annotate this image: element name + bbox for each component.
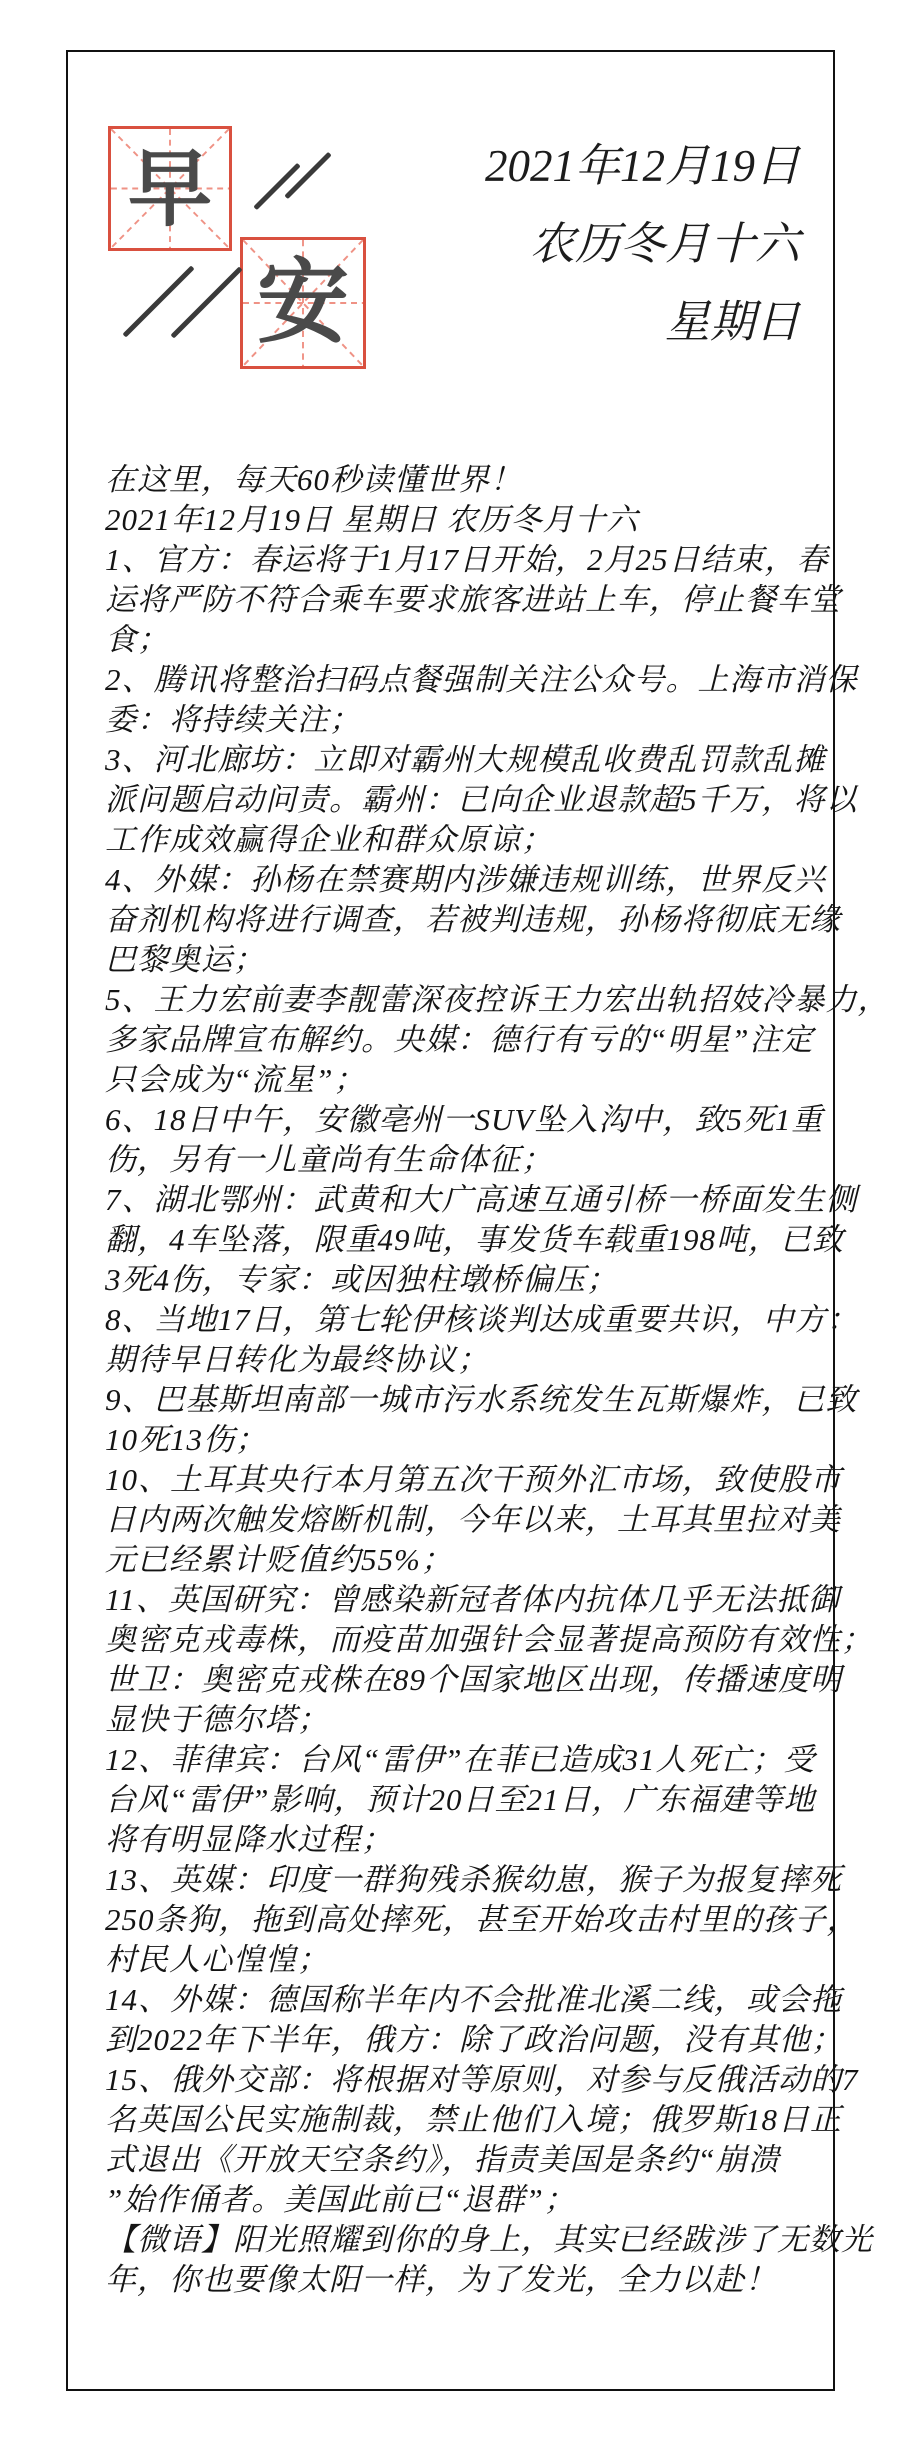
date-lunar: 农历冬月十六 <box>360 205 800 283</box>
news-line: 日内两次触发熔断机制，今年以来，土耳其里拉对美 <box>105 1500 815 1540</box>
news-line: 10死13伤； <box>105 1420 815 1460</box>
news-line: 伤，另有一儿童尚有生命体征； <box>105 1140 815 1180</box>
news-line: 年，你也要像太阳一样，为了发光，全力以赴！ <box>105 2260 815 2300</box>
news-line: 到2022年下半年，俄方：除了政治问题，没有其他； <box>105 2020 815 2060</box>
news-line: 委：将持续关注； <box>105 700 815 740</box>
news-line: 元已经累计贬值约55%； <box>105 1540 815 1580</box>
news-line: 奥密克戎毒株，而疫苗加强针会显著提高预防有效性； <box>105 1620 815 1660</box>
news-line: 在这里，每天60秒读懂世界！ <box>105 460 815 500</box>
news-line: 将有明显降水过程； <box>105 1820 815 1860</box>
news-line: 派问题启动问责。霸州：已向企业退款超5千万，将以 <box>105 780 815 820</box>
news-line: 10、土耳其央行本月第五次干预外汇市场，致使股市 <box>105 1460 815 1500</box>
news-line: 食； <box>105 620 815 660</box>
news-line: 多家品牌宣布解约。央媒：德行有亏的“明星”注定 <box>105 1020 815 1060</box>
news-line: 3死4伤，专家：或因独柱墩桥偏压； <box>105 1260 815 1300</box>
news-line: 8、当地17日，第七轮伊核谈判达成重要共识，中方： <box>105 1300 815 1340</box>
news-line: ”始作俑者。美国此前已“退群”； <box>105 2180 815 2220</box>
news-line: 运将严防不符合乘车要求旅客进站上车，停止餐车堂 <box>105 580 815 620</box>
news-line: 14、外媒：德国称半年内不会批准北溪二线，或会拖 <box>105 1980 815 2020</box>
morning-news-card: { "page": { "background": "#ffffff", "fr… <box>0 0 900 2440</box>
news-line: 12、菲律宾：台风“雷伊”在菲已造成31人死亡；受 <box>105 1740 815 1780</box>
news-line: 巴黎奥运； <box>105 940 815 980</box>
news-line: 式退出《开放天空条约》，指责美国是条约“崩溃 <box>105 2140 815 2180</box>
news-line: 期待早日转化为最终协议； <box>105 1340 815 1380</box>
news-line: 4、外媒：孙杨在禁赛期内涉嫌违规训练，世界反兴 <box>105 860 815 900</box>
news-line: 工作成效赢得企业和群众原谅； <box>105 820 815 860</box>
news-line: 3、河北廊坊：立即对霸州大规模乱收费乱罚款乱摊 <box>105 740 815 780</box>
logo-char-an: 安 <box>257 257 349 349</box>
news-line: 村民人心惶惶； <box>105 1940 815 1980</box>
news-line: 6、18日中午，安徽亳州一SUV坠入沟中，致5死1重 <box>105 1100 815 1140</box>
news-line: 9、巴基斯坦南部一城市污水系统发生瓦斯爆炸，已致 <box>105 1380 815 1420</box>
news-line: 世卫：奥密克戎株在89个国家地区出现，传播速度明 <box>105 1660 815 1700</box>
news-line: 【微语】阳光照耀到你的身上，其实已经跋涉了无数光 <box>105 2220 815 2260</box>
news-line: 2021年12月19日 星期日 农历冬月十六 <box>105 500 815 540</box>
news-line: 奋剂机构将进行调查，若被判违规，孙杨将彻底无缘 <box>105 900 815 940</box>
news-line: 台风“雷伊”影响，预计20日至21日，广东福建等地 <box>105 1780 815 1820</box>
an-character-box: 安 <box>240 237 366 369</box>
news-line: 只会成为“流星”； <box>105 1060 815 1100</box>
news-line: 15、俄外交部：将根据对等原则，对参与反俄活动的7 <box>105 2060 815 2100</box>
logo-char-zao: 早 <box>128 147 212 231</box>
news-line: 250条狗，拖到高处摔死，甚至开始攻击村里的孩子， <box>105 1900 815 1940</box>
news-line: 翻，4车坠落，限重49吨，事发货车载重198吨，已致 <box>105 1220 815 1260</box>
news-line: 11、英国研究：曾感染新冠者体内抗体几乎无法抵御 <box>105 1580 815 1620</box>
date-gregorian: 2021年12月19日 <box>360 127 800 205</box>
news-line: 名英国公民实施制裁，禁止他们入境；俄罗斯18日正 <box>105 2100 815 2140</box>
zao-character-box: 早 <box>108 126 232 251</box>
news-body: 在这里，每天60秒读懂世界！2021年12月19日 星期日 农历冬月十六1、官方… <box>105 460 815 2300</box>
date-block: 2021年12月19日 农历冬月十六 星期日 <box>360 127 800 361</box>
news-line: 1、官方：春运将于1月17日开始，2月25日结束，春 <box>105 540 815 580</box>
news-line: 7、湖北鄂州：武黄和大广高速互通引桥一桥面发生侧 <box>105 1180 815 1220</box>
news-line: 5、王力宏前妻李靓蕾深夜控诉王力宏出轨招妓冷暴力， <box>105 980 815 1020</box>
news-line: 显快于德尔塔； <box>105 1700 815 1740</box>
news-line: 13、英媒：印度一群狗残杀猴幼崽，猴子为报复摔死 <box>105 1860 815 1900</box>
date-weekday: 星期日 <box>360 283 800 361</box>
news-line: 2、腾讯将整治扫码点餐强制关注公众号。上海市消保 <box>105 660 815 700</box>
